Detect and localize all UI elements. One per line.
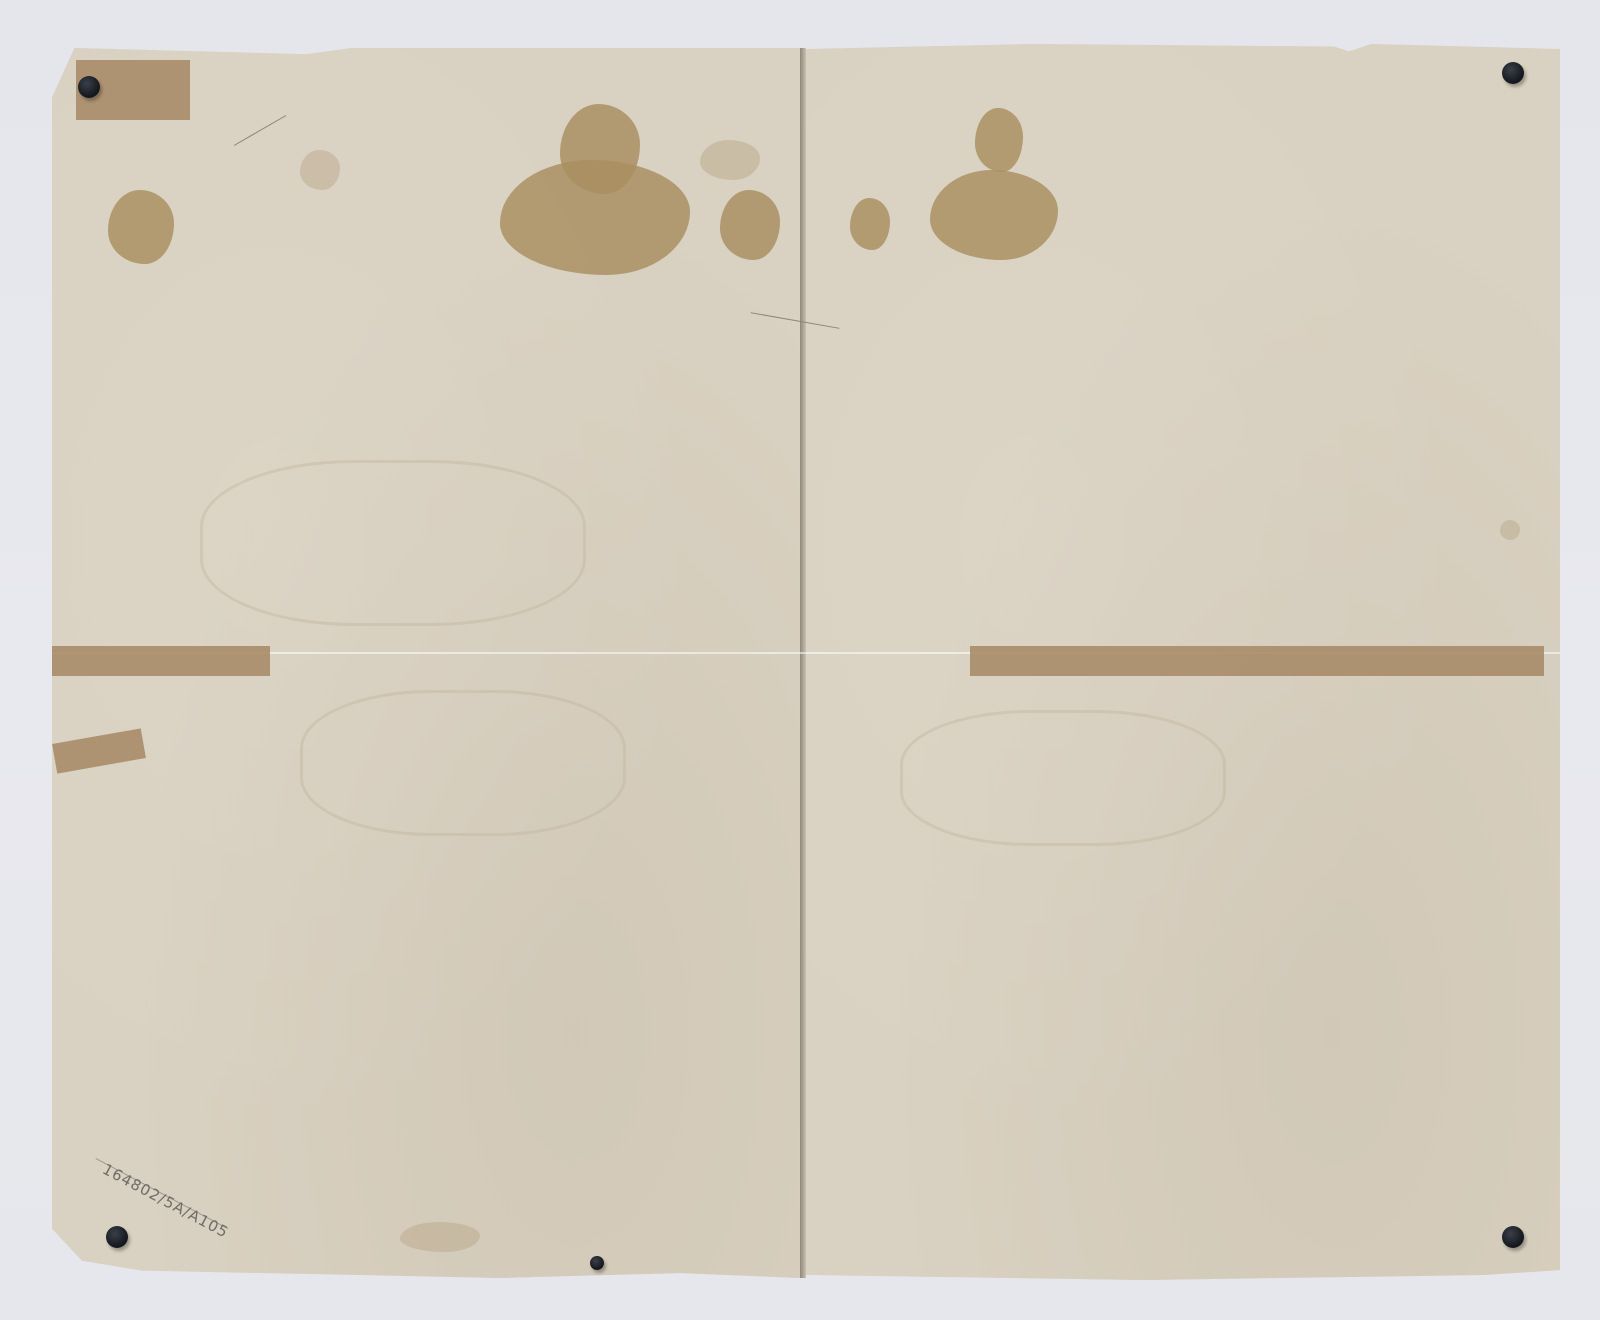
stain-upper-left — [108, 190, 174, 264]
water-tide-line-right — [900, 710, 1226, 846]
stain-right-spot — [1500, 520, 1520, 540]
pin-top-right — [1502, 62, 1524, 84]
water-tide-line-left-lower — [300, 690, 626, 836]
stain-upper-center-body — [500, 160, 690, 275]
stain-upper-right-top — [975, 108, 1023, 172]
vertical-fold-seam — [800, 48, 806, 1278]
tape-right-fold — [970, 646, 1544, 676]
pin-top-left — [78, 76, 100, 98]
stain-upper-center-right — [720, 190, 780, 260]
stain-upper-right-small — [850, 198, 890, 250]
stain-upper-center-spots — [700, 140, 760, 180]
stain-upper-left-faint — [300, 150, 340, 190]
stain-bottom-spots — [400, 1222, 480, 1252]
water-tide-line-left — [200, 460, 586, 626]
tape-left-fold — [52, 646, 270, 676]
pin-bottom-right — [1502, 1226, 1524, 1248]
pin-bottom-center — [590, 1256, 604, 1270]
stain-upper-right-body — [930, 170, 1058, 260]
pin-bottom-left — [106, 1226, 128, 1248]
